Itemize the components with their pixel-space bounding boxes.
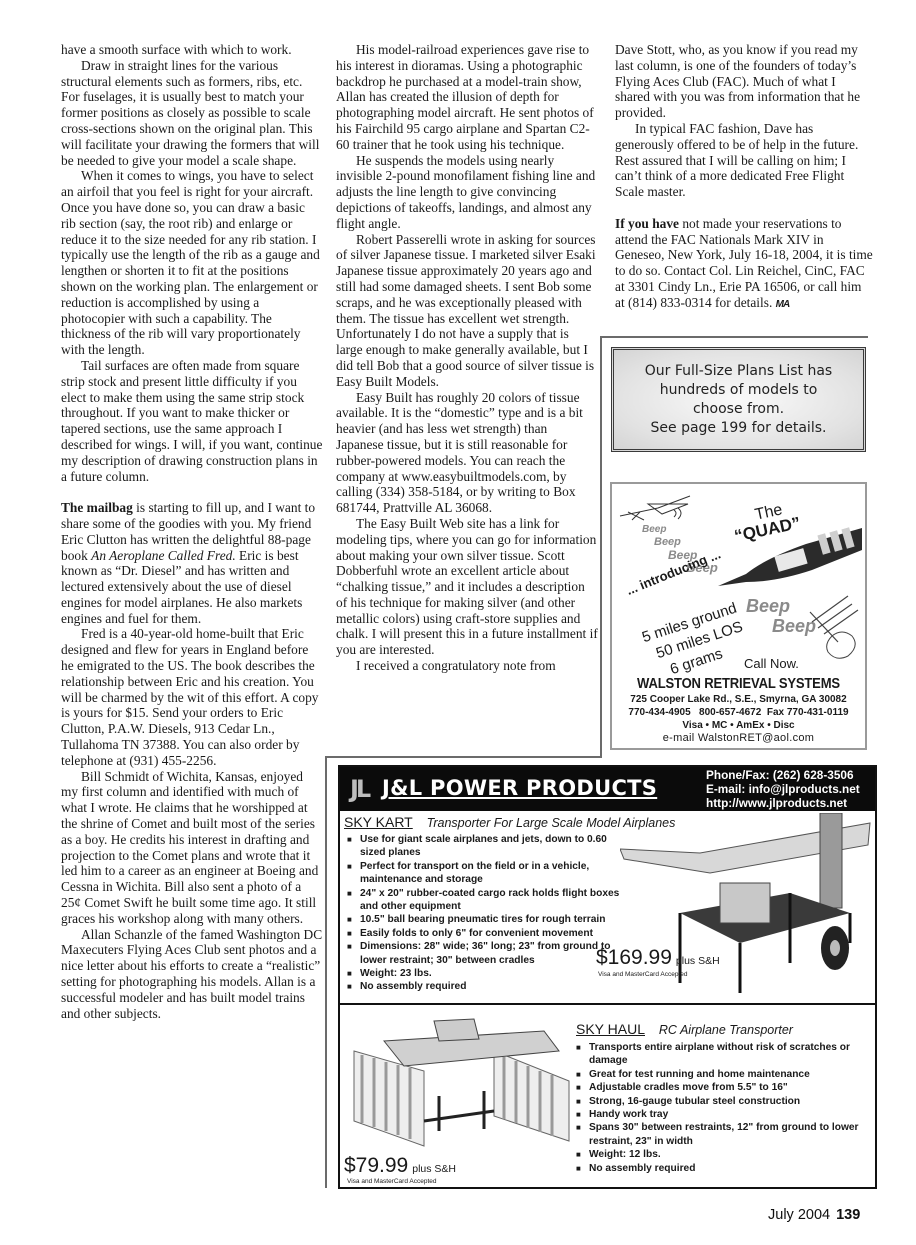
ad-frame-top bbox=[600, 336, 868, 338]
paragraph: The Easy Built Web site has a link for m… bbox=[336, 516, 598, 658]
phone-fax: Phone/Fax: (262) 628-3506 bbox=[706, 768, 860, 782]
mailbag-lead: The mailbag bbox=[61, 500, 133, 515]
reservations-lead: If you have bbox=[615, 216, 679, 231]
paragraph: Tail surfaces are often made from square… bbox=[61, 358, 323, 484]
walston-retrieval-ad[interactable]: Beep Beep Beep Beep The “QUAD” ... intro… bbox=[610, 482, 867, 750]
antenna-receiver-icon bbox=[808, 592, 864, 662]
ad-header: JL J&L POWER PRODUCTS Phone/Fax: (262) 6… bbox=[340, 767, 875, 811]
paragraph: Allan Schanzle of the famed Washington D… bbox=[61, 927, 323, 1022]
company-name: WALSTON RETRIEVAL SYSTEMS bbox=[625, 676, 853, 692]
ad-title: J&L POWER PRODUCTS bbox=[382, 776, 657, 800]
product-name: SKY HAUL bbox=[576, 1021, 645, 1037]
beep-text-large: Beep bbox=[746, 596, 790, 617]
sky-kart-price: $169.99plus S&H bbox=[596, 946, 720, 970]
paragraph: Dave Stott, who, as you know if you read… bbox=[615, 42, 873, 121]
sky-kart-features: Use for giant scale airplanes and jets, … bbox=[344, 833, 629, 994]
plans-list-ad[interactable]: Our Full-Size Plans List has hundreds of… bbox=[611, 347, 866, 452]
product-name: SKY KART bbox=[344, 814, 413, 830]
feature-item: Adjustable cradles move from 5.5" to 16" bbox=[573, 1081, 873, 1094]
feature-item: Weight: 12 lbs. bbox=[573, 1148, 873, 1161]
feature-item: 10.5" ball bearing pneumatic tires for r… bbox=[344, 913, 629, 926]
book-title: An Aeroplane Called Fred. bbox=[91, 548, 236, 563]
paragraph: His model-railroad experiences gave rise… bbox=[336, 42, 598, 153]
paragraph: In typical FAC fashion, Dave has generou… bbox=[615, 121, 873, 200]
company-email[interactable]: e-mail WalstonRET@aol.com bbox=[612, 732, 865, 744]
feature-item: Use for giant scale airplanes and jets, … bbox=[344, 833, 629, 860]
paragraph: When it comes to wings, you have to sele… bbox=[61, 168, 323, 358]
feature-item: Easily folds to only 6" for convenient m… bbox=[344, 927, 629, 940]
section-divider bbox=[340, 1003, 875, 1005]
article-column-3: Dave Stott, who, as you know if you read… bbox=[615, 42, 873, 313]
website-link[interactable]: http://www.jlproducts.net bbox=[706, 796, 860, 810]
feature-item: Great for test running and home maintena… bbox=[573, 1068, 873, 1081]
airplane-sketch-icon bbox=[618, 490, 698, 526]
company-address: 725 Cooper Lake Rd., S.E., Smyrna, GA 30… bbox=[612, 694, 865, 705]
feature-item: No assembly required bbox=[344, 980, 629, 993]
feature-item: Transports entire airplane without risk … bbox=[573, 1041, 873, 1068]
price-suffix: plus S&H bbox=[412, 1163, 456, 1175]
page-number: 139 bbox=[836, 1207, 860, 1223]
feature-item: No assembly required bbox=[573, 1162, 873, 1175]
paragraph: I received a congratulatory note from bbox=[336, 658, 598, 674]
transmitter-device-icon bbox=[716, 524, 866, 594]
sky-haul-price: $79.99plus S&H bbox=[344, 1154, 456, 1178]
feature-item: Perfect for transport on the field or in… bbox=[344, 860, 629, 887]
plans-ad-line: See page 199 for details. bbox=[614, 419, 863, 438]
jl-logo-icon: JL bbox=[350, 775, 368, 803]
paragraph: Fred is a 40-year-old home-built that Er… bbox=[61, 626, 323, 768]
contact-block: Phone/Fax: (262) 628-3506 E-mail: info@j… bbox=[706, 768, 860, 810]
feature-item: Dimensions: 28" wide; 36" long; 23" from… bbox=[344, 940, 629, 967]
feature-item: 24" x 20" rubber-coated cargo rack holds… bbox=[344, 887, 629, 914]
plans-ad-line: Our Full-Size Plans List has bbox=[614, 362, 863, 381]
feature-item: Handy work tray bbox=[573, 1108, 873, 1121]
payment-note: Visa and MasterCard Accepted bbox=[347, 1178, 437, 1185]
sky-haul-features: Transports entire airplane without risk … bbox=[573, 1041, 873, 1175]
paragraph: He suspends the models using nearly invi… bbox=[336, 153, 598, 232]
plans-ad-line: hundreds of models to bbox=[614, 381, 863, 400]
paragraph: Easy Built has roughly 20 colors of tiss… bbox=[336, 390, 598, 516]
article-column-1: have a smooth surface with which to work… bbox=[61, 42, 323, 1021]
ad-frame-left bbox=[600, 336, 602, 757]
jl-power-products-ad[interactable]: JL J&L POWER PRODUCTS Phone/Fax: (262) 6… bbox=[338, 765, 877, 1189]
paragraph: have a smooth surface with which to work… bbox=[61, 42, 323, 58]
beep-text: Beep bbox=[642, 524, 666, 535]
product-subtitle: RC Airplane Transporter bbox=[659, 1023, 793, 1037]
price-value: $169.99 bbox=[596, 946, 672, 969]
payment-note: Visa and MasterCard Accepted bbox=[598, 971, 688, 978]
feature-item: Spans 30" between restraints, 12" from g… bbox=[573, 1121, 873, 1148]
mailbag-paragraph: The mailbag is starting to fill up, and … bbox=[61, 500, 323, 626]
company-phones: 770-434-4905 800-657-4672 Fax 770-431-01… bbox=[612, 707, 865, 718]
issue-date: July 2004 bbox=[768, 1207, 830, 1223]
sky-haul-transporter-photo-icon bbox=[344, 1011, 574, 1151]
beep-text: Beep bbox=[654, 536, 681, 548]
end-of-article-mark: MA bbox=[776, 299, 790, 310]
sky-haul-heading: SKY HAUL RC Airplane Transporter bbox=[576, 1021, 793, 1037]
paragraph: Bill Schmidt of Wichita, Kansas, enjoyed… bbox=[61, 769, 323, 927]
page-footer: July 2004139 bbox=[768, 1207, 860, 1223]
call-now-text: Call Now. bbox=[744, 656, 799, 671]
feature-item: Strong, 16-gauge tubular steel construct… bbox=[573, 1095, 873, 1108]
accepted-cards: Visa • MC • AmEx • Disc bbox=[612, 720, 865, 731]
email-link[interactable]: E-mail: info@jlproducts.net bbox=[706, 782, 860, 796]
feature-item: Weight: 23 lbs. bbox=[344, 967, 629, 980]
reservations-paragraph: If you have not made your reservations t… bbox=[615, 216, 873, 313]
price-suffix: plus S&H bbox=[676, 955, 720, 967]
ad-frame-mid bbox=[325, 756, 602, 758]
paragraph: Draw in straight lines for the various s… bbox=[61, 58, 323, 169]
paragraph: Robert Passerelli wrote in asking for so… bbox=[336, 232, 598, 390]
plans-ad-line: choose from. bbox=[614, 400, 863, 419]
ad-frame-left-lower bbox=[325, 756, 327, 1188]
price-value: $79.99 bbox=[344, 1154, 408, 1177]
article-column-2: His model-railroad experiences gave rise… bbox=[336, 42, 598, 674]
